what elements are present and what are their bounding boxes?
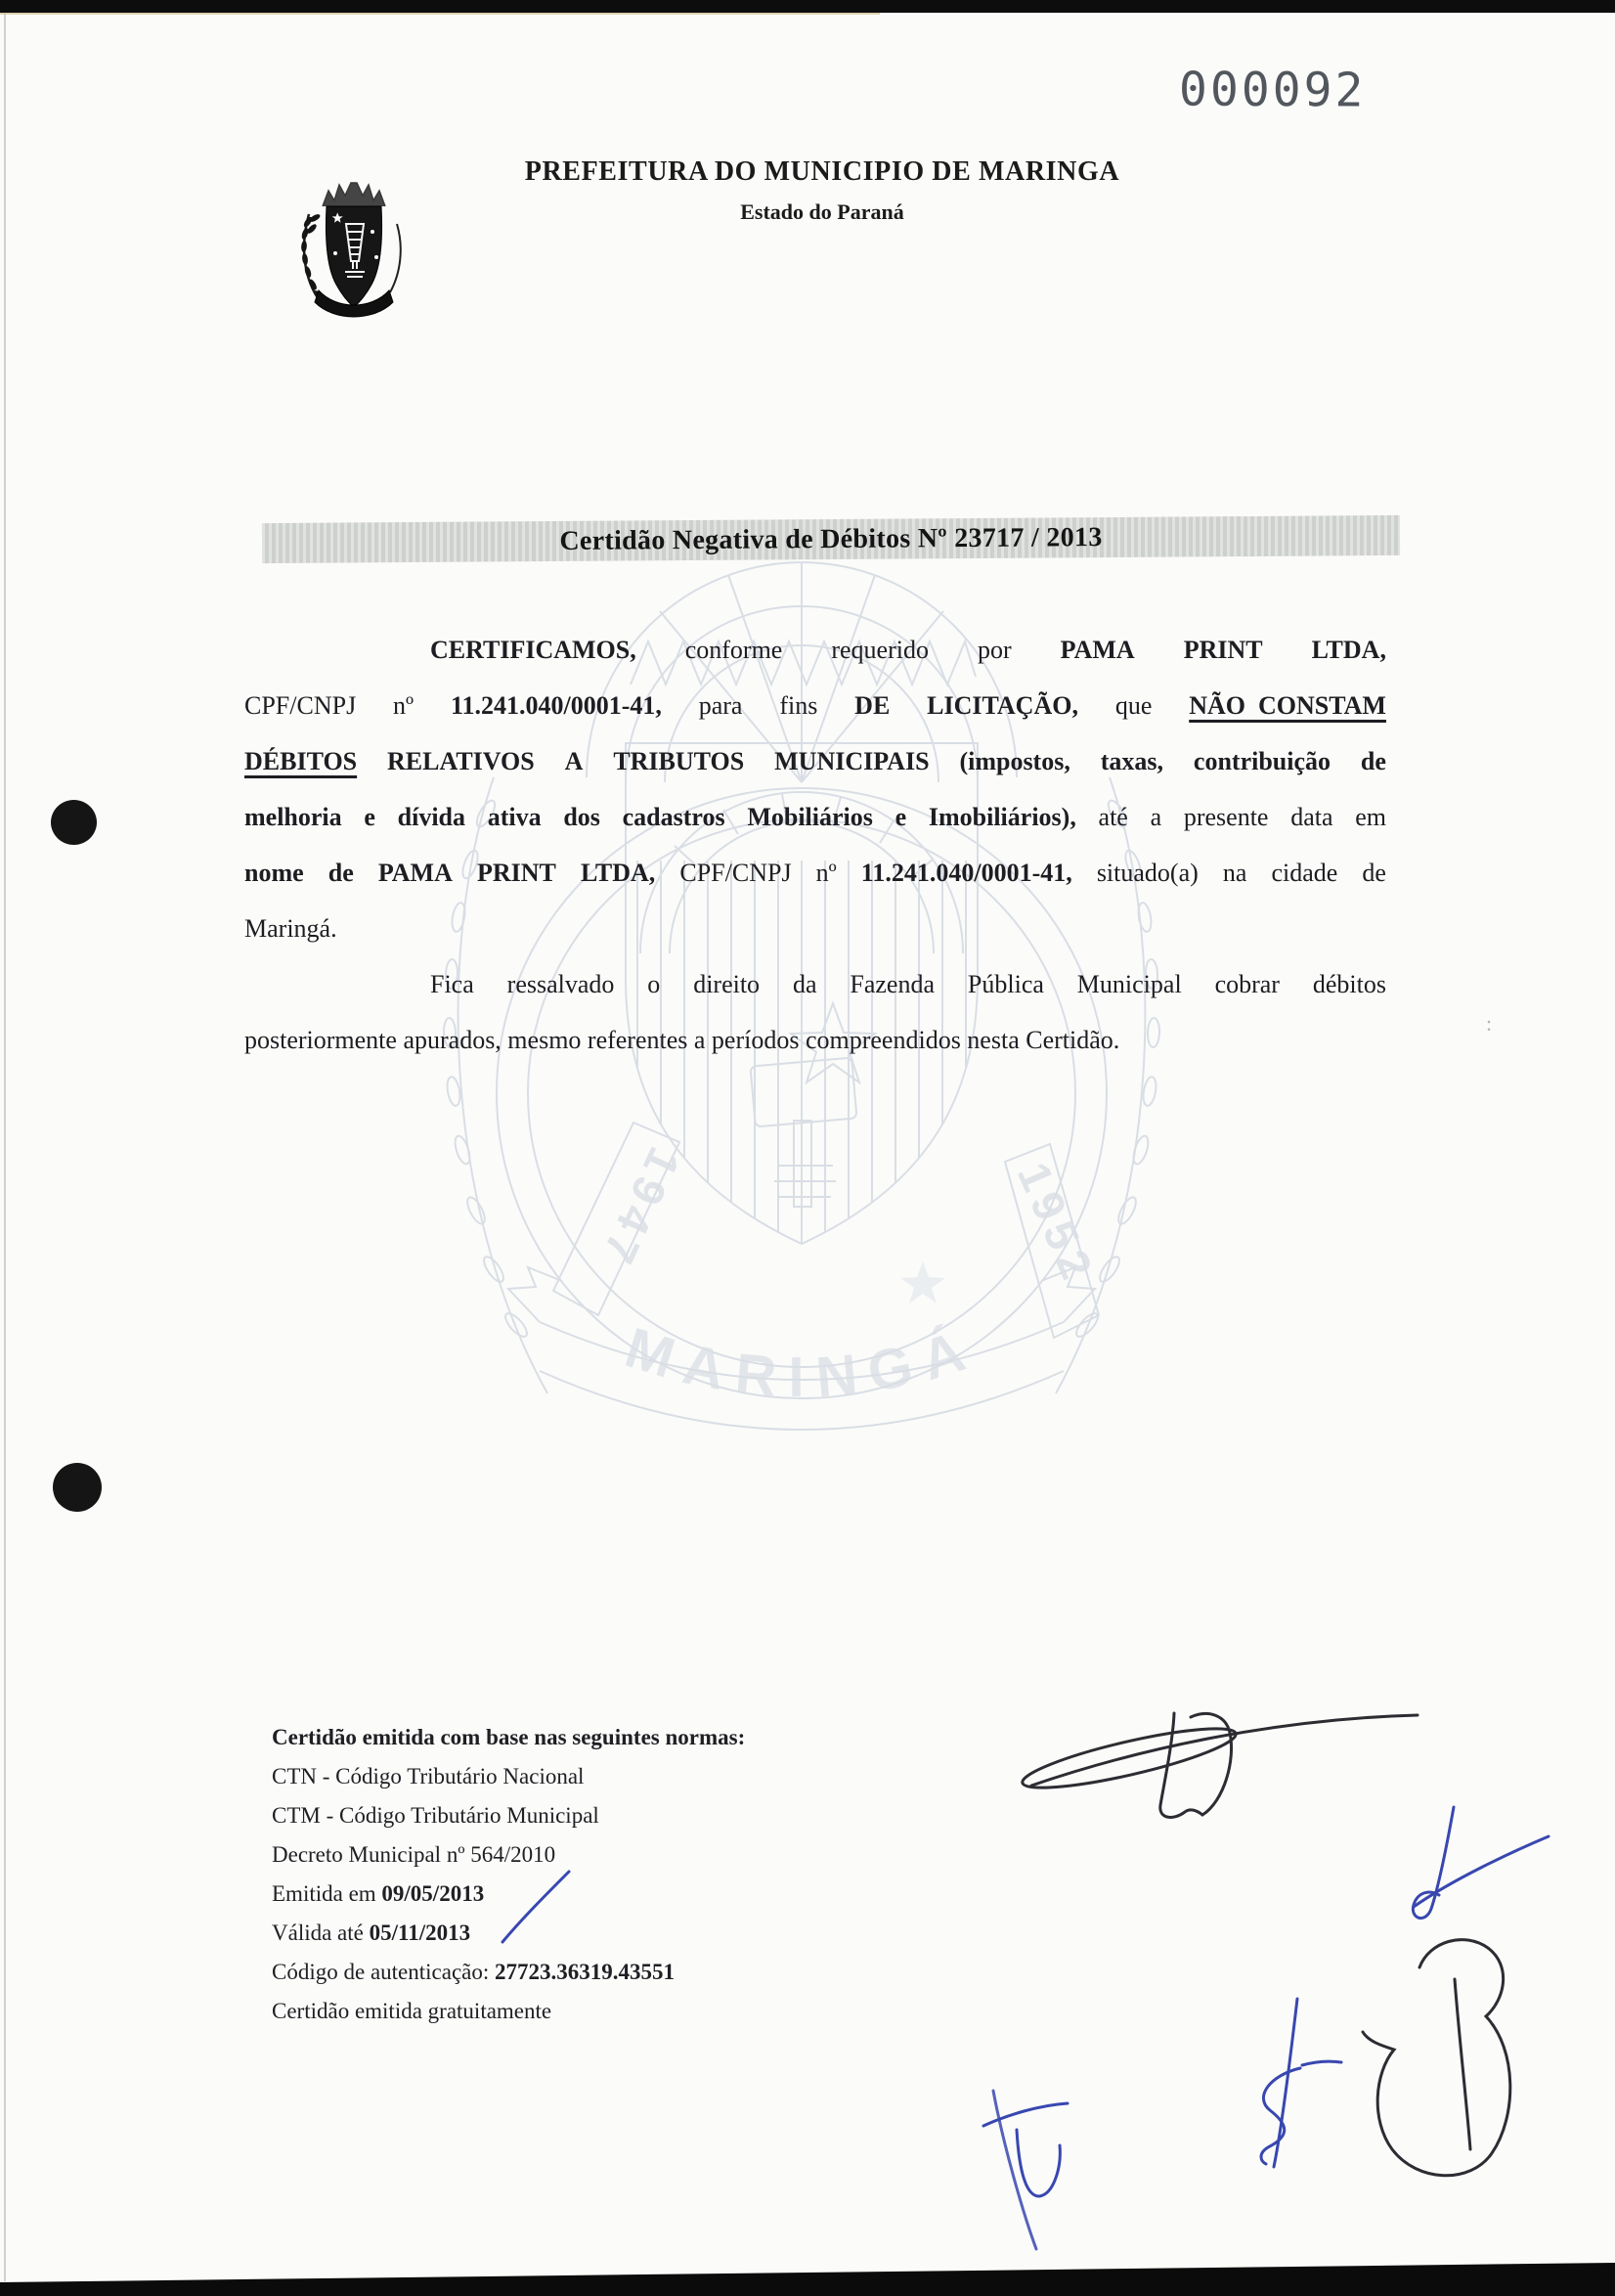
punch-hole-dot xyxy=(53,1463,102,1512)
certificate-page: MARINGÁ 1947 1952 xyxy=(0,0,1615,2296)
signature-black-loop xyxy=(1363,1940,1510,2176)
signature-black-main xyxy=(1019,1713,1418,1817)
scan-edge-warm-line xyxy=(0,13,880,15)
signature-blue-middle xyxy=(1261,1999,1341,2167)
signature-blue-initial xyxy=(1413,1807,1549,1919)
punch-hole-dot xyxy=(51,800,97,845)
scan-edge-top xyxy=(0,0,1615,13)
signature-blue-left xyxy=(983,2091,1068,2249)
scan-edge-left xyxy=(4,13,6,2281)
blue-check-slash xyxy=(502,1872,569,1942)
signatures-layer xyxy=(0,0,1615,2296)
